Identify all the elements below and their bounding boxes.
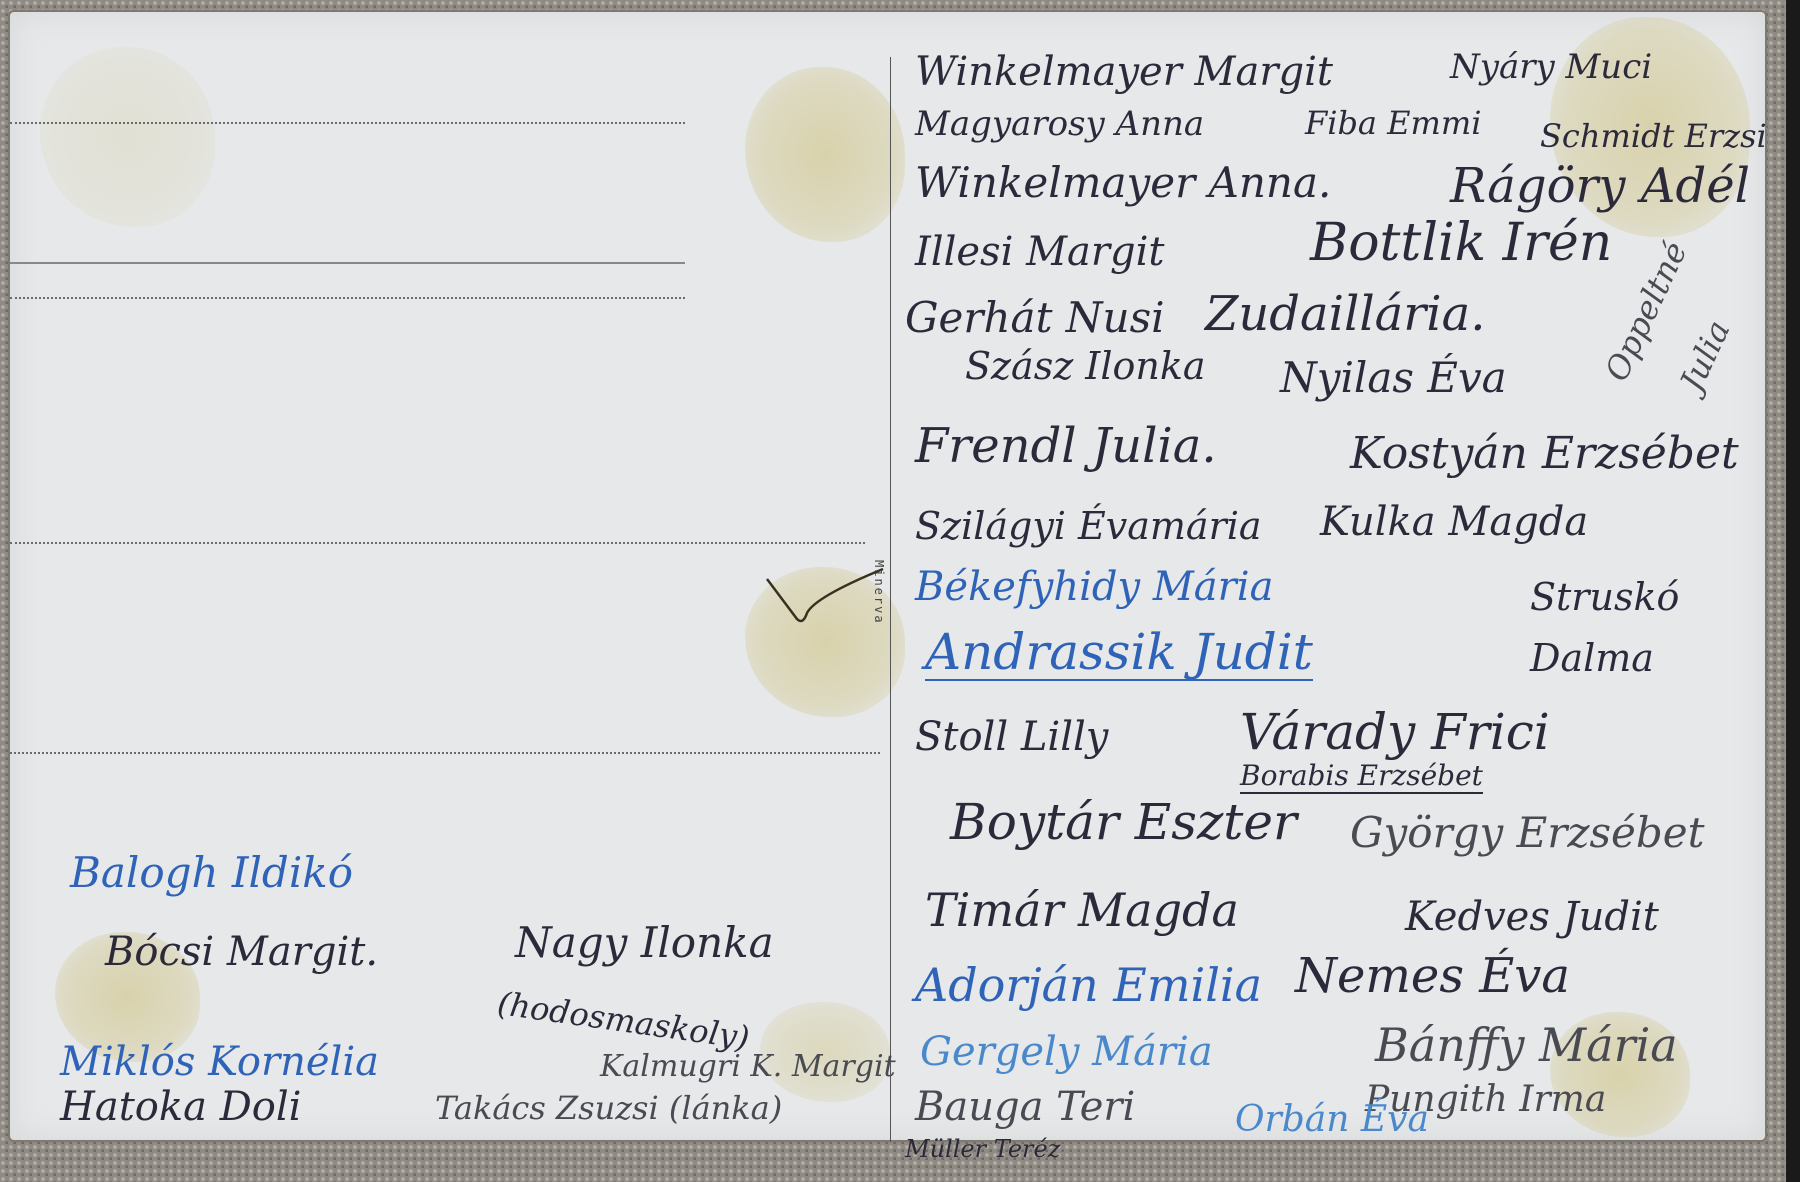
signature: Kulka Magda	[1320, 502, 1588, 542]
signature: Kostyán Erzsébet	[1350, 432, 1739, 476]
signature: Várady Frici	[1240, 707, 1550, 757]
signature: Zudaillária.	[1205, 290, 1485, 338]
signature: Balogh Ildikó	[70, 852, 353, 894]
signature: Schmidt Erzsi	[1540, 120, 1767, 152]
signature: Nyilas Éva	[1280, 357, 1507, 399]
signature: Adorján Emilia	[915, 962, 1262, 1008]
stain	[40, 47, 215, 227]
stain	[745, 67, 905, 242]
checkmark-icon	[765, 567, 885, 647]
signature: Bauga Teri	[915, 1087, 1135, 1127]
center-divider	[890, 57, 891, 1142]
signature: Bócsi Margit.	[105, 932, 378, 972]
signature: Winkelmayer Anna.	[915, 162, 1331, 204]
signature: Szilágyi Évamária	[915, 507, 1262, 545]
address-line	[10, 752, 880, 754]
signature: Borabis Erzsébet	[1240, 762, 1483, 794]
postcard: Minerva Winkelmayer Margit Nyáry Muci Ma…	[10, 12, 1765, 1140]
signature: Müller Teréz	[905, 1137, 1060, 1161]
address-line	[10, 122, 685, 124]
signature: Struskó Dalma	[1530, 567, 1760, 689]
address-line	[10, 542, 865, 544]
signature: Stoll Lilly	[915, 717, 1108, 757]
signature: (hodosmaskoly)	[496, 987, 752, 1054]
signature: Magyarosy Anna	[915, 107, 1204, 141]
signature: Nemes Éva	[1295, 952, 1570, 1000]
signature: Nagy Ilonka	[515, 922, 774, 964]
signature: Boytár Eszter	[950, 797, 1297, 847]
signature: Takács Zsuzsi (lánka)	[435, 1092, 782, 1124]
signature: Gergely Mária	[920, 1032, 1213, 1072]
signature: Andrassik Judit	[925, 627, 1313, 681]
signature: Bottlik Irén	[1310, 217, 1612, 269]
signature: Orbán Éva	[1235, 1102, 1429, 1138]
signature: Fiba Emmi	[1305, 107, 1481, 139]
signature: Oppeltné	[1600, 237, 1692, 385]
signature: Szász Ilonka	[965, 347, 1206, 385]
signature: Nyáry Muci	[1450, 50, 1652, 84]
signature: Frendl Julia.	[915, 422, 1217, 470]
signature: Hatoka Doli	[60, 1087, 301, 1127]
signature: Julia	[1675, 316, 1735, 396]
signature: Rágöry Adél	[1450, 162, 1750, 210]
signature: Winkelmayer Margit	[915, 52, 1333, 92]
signature: Békefyhidy Mária	[915, 567, 1273, 607]
signature: Bánffy Mária	[1375, 1022, 1678, 1068]
signature: Gerhát Nusi	[905, 297, 1165, 339]
address-line	[10, 297, 685, 299]
signature: Illesi Margit	[915, 232, 1165, 272]
signature: Timár Magda	[925, 887, 1239, 933]
address-line	[10, 262, 685, 264]
signature: György Erzsébet	[1350, 812, 1705, 854]
signature: Kedves Judit	[1405, 897, 1659, 937]
signature: Kalmugri K. Margit	[600, 1052, 896, 1082]
signature: Miklós Kornélia	[60, 1042, 379, 1082]
